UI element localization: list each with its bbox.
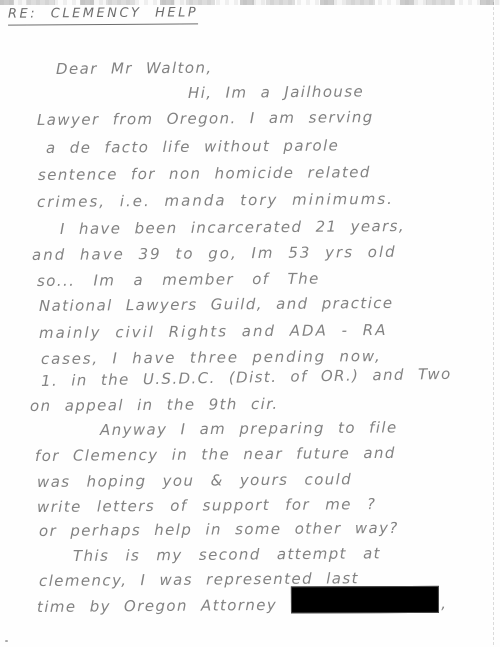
letter-line-4: a de facto life without parole [46,136,339,157]
letter-line-7: I have been incarcerated 21 years, [60,217,405,238]
letter-line-20: This is my second attempt at [73,544,381,565]
letter-line-12: cases, I have three pending now, [41,347,382,368]
redacted-line-prefix: time by Oregon Attorney [37,596,277,616]
letter-line-14: on appeal in the 9th cir. [30,395,279,415]
letter-line-5: sentence for non homicide related [38,163,371,184]
salutation-line: Dear Mr Walton, [56,59,213,78]
scan-noise-artifact [0,0,500,5]
scan-speck-artifact [5,640,8,642]
letter-line-19: or perhaps help in some other way? [39,519,399,540]
letter-line-2: Hi, Im a Jailhouse [188,82,364,102]
letter-line-13: 1. in the U.S.D.C. (Dist. of OR.) and Tw… [41,365,452,390]
letter-line-11: mainly civil Rights and ADA - RA [39,321,388,342]
scanned-letter-page: RE: CLEMENCY HELP Dear Mr Walton, Hi, Im… [0,0,500,647]
letter-line-15: Anyway I am preparing to file [100,418,398,439]
letter-line-18: write letters of support for me ? [37,495,377,516]
redacted-line-suffix: , [441,594,447,612]
letter-line-9: so... Im a member of The [37,270,320,290]
letter-line-3: Lawyer from Oregon. I am serving [37,108,374,129]
letter-line-redacted: time by Oregon Attorney, [37,590,448,621]
subject-line: RE: CLEMENCY HELP [8,5,198,25]
letter-line-16: for Clemency in the near future and [35,444,396,465]
letter-line-17: was hoping you & yours could [37,470,352,491]
letter-line-8: and have 39 to go, Im 53 yrs old [32,243,397,264]
letter-line-10: National Lawyers Guild, and practice [39,294,394,315]
redaction-box [291,586,439,614]
scan-edge-artifact [493,2,494,645]
letter-line-6: crimes, i.e. manda tory minimums. [37,190,394,211]
